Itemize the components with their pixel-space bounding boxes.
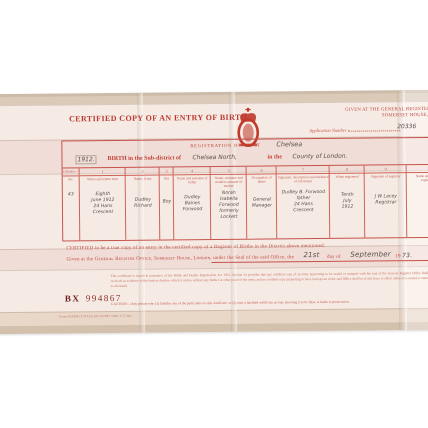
birth-line-middle: in the	[267, 154, 282, 160]
issued-at-line2: SOMERSET HOUSE, LONDON	[382, 113, 428, 119]
entry-year: 1912.	[75, 155, 96, 164]
column-registrar: 9 Signature of registrar J W Lacey Regis…	[364, 165, 408, 237]
year-printed: 19	[395, 254, 400, 259]
entry-informant: Dudley B. Forwood father 24 Hans Crescen…	[277, 188, 330, 214]
application-number-ruled-line	[348, 126, 400, 131]
column-occupation: 6 Occupation of father General Manager	[246, 166, 278, 238]
act-paragraph: This certificate is issued in pursuance …	[111, 271, 428, 289]
column-informant-label: Signature, description and residence of …	[277, 174, 330, 189]
month-value: September	[350, 250, 391, 258]
issued-at-line1: GIVEN AT THE GENERAL REGISTER OFFICE,	[345, 107, 428, 113]
entry-box: REGISTRATION DISTRICT Chelsea 1912. BIRT…	[61, 137, 428, 242]
column-after-registration: 10 Name entered after registration	[406, 165, 428, 237]
day-value: 21st	[303, 251, 319, 259]
entry-registrar: J W Lacey Registrar	[365, 187, 407, 206]
application-number-value: 20336	[397, 123, 416, 130]
column-born: 1 When and where born Eighth June 1912 2…	[79, 168, 127, 240]
column-mother: 5 Name, surname and maiden surname of mo…	[210, 167, 248, 239]
column-registered-label: When registered	[330, 174, 365, 188]
column-after-registration-number: 10	[407, 165, 428, 173]
application-number-line: Application Number 20336	[309, 126, 428, 133]
application-number-label: Application Number	[309, 128, 346, 133]
serial-prefix: BX	[65, 293, 81, 303]
entry-after-registration	[407, 187, 428, 189]
column-name: 2 Name, if any Dudley Richard	[125, 168, 161, 240]
certificate-paper: CERTIFIED COPY OF AN ENTRY OF BIRTH GIVE…	[0, 90, 428, 334]
scanned-birth-certificate: CERTIFIED COPY OF AN ENTRY OF BIRTH GIVE…	[0, 0, 428, 428]
entry-no: 43	[63, 190, 79, 198]
registration-district-label: REGISTRATION DISTRICT	[190, 143, 260, 149]
column-no-number: Columns:—	[63, 168, 79, 176]
column-occupation-label: Occupation of father	[247, 174, 277, 188]
column-father-label: Name and surname of father	[174, 175, 211, 189]
subdistrict-value: Chelsea North,	[192, 154, 237, 161]
county-value: County of London.	[292, 153, 347, 161]
column-father: 4 Name and surname of father Dudley Bain…	[173, 167, 212, 239]
birth-line-prefix: BIRTH in the Sub-district of	[107, 155, 181, 162]
column-mother-label: Name, surname and maiden surname of moth…	[211, 175, 247, 189]
caution-text: CAUTION:—Any person who (1) falsifies an…	[111, 299, 428, 306]
column-after-registration-label: Name entered after registration	[407, 173, 428, 187]
entry-occupation: General Manager	[247, 188, 277, 209]
column-sex-label: Sex	[160, 175, 174, 189]
entry-registered: Tenth July 1912	[330, 188, 365, 211]
certificate-title: CERTIFIED COPY OF AN ENTRY OF BIRTH	[69, 113, 247, 124]
entry-sex: Boy	[160, 189, 174, 205]
column-no-label: No.	[63, 176, 79, 190]
issued-at-block: GIVEN AT THE GENERAL REGISTER OFFICE, SO…	[281, 107, 428, 122]
entry-mother: Norah Isabella Forwood formerly Lockett	[211, 189, 247, 221]
entry-father: Dudley Baines Forwood	[174, 189, 211, 213]
entry-name: Dudley Richard	[126, 190, 160, 210]
day-of-label: day of	[327, 255, 341, 260]
column-no: Columns:— No. 43	[63, 168, 80, 240]
column-name-label: Name, if any	[126, 176, 160, 190]
column-registrar-label: Signature of registrar	[365, 173, 407, 187]
column-registered: 8 When registered Tenth July 1912	[329, 166, 366, 238]
entry-born: Eighth June 1912 24 Hans Crescent	[80, 190, 126, 216]
registration-district-value: Chelsea	[276, 140, 302, 148]
printer-imprint: Form A502M (L70324) Dd.587585 5000 3/72 …	[59, 314, 133, 319]
column-born-label: When and where born	[80, 176, 126, 190]
column-informant: 7 Signature, description and residence o…	[276, 166, 331, 239]
entry-table: Columns:— No. 43 1 When and where born E…	[63, 164, 428, 241]
year-written: 73.	[402, 252, 412, 259]
column-sex-number: 3	[160, 167, 174, 175]
